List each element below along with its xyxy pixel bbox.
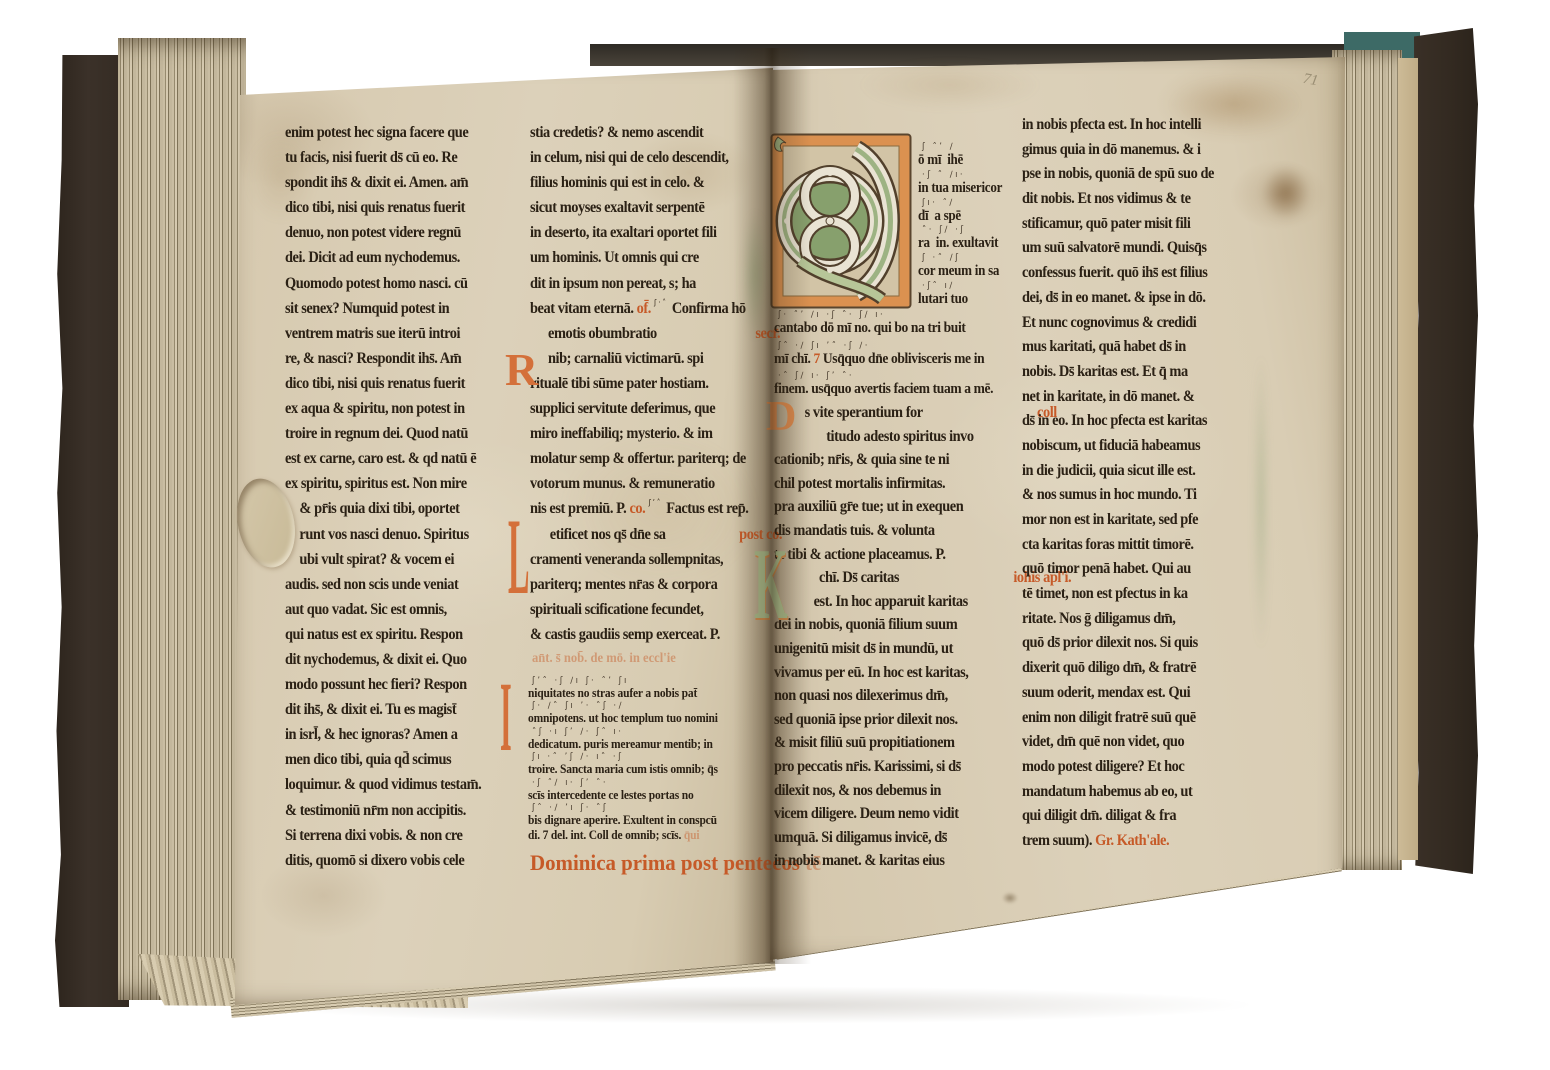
text-line: vivamus per eū. In hoc est karitas, bbox=[774, 664, 1026, 688]
text-line: in deserto, ita exaltari oportet fili bbox=[530, 224, 762, 249]
text-line: dico tibi, nisi quis renatus fuerit bbox=[285, 199, 521, 224]
text-line: cramenti veneranda sollempnitas, bbox=[530, 551, 762, 576]
text-line: qui natus est ex spiritu. Respon bbox=[285, 626, 521, 651]
text-line: dei. Dicit ad eum nychodemus. bbox=[285, 249, 521, 274]
text-segment: in celum, nisi qui de celo descendit, bbox=[530, 149, 729, 167]
text-line: ritate. Nos ḡ diligamus dm̄, bbox=[1022, 610, 1264, 635]
text-line: umquā. Si diligamus invicē, ds̄ bbox=[774, 829, 1026, 853]
text-line: trem suum). Gr. Kath'ale. bbox=[1022, 832, 1264, 857]
text-line: Et nunc cognovimus & credidi bbox=[1022, 314, 1264, 339]
text-segment: nobiscum, ut fiduciā habeamus bbox=[1022, 437, 1200, 455]
text-segment: etificet nos qs̄ dn̄e sa bbox=[550, 526, 669, 544]
text-segment: loquimur. & quod vidimus testam̄. bbox=[285, 776, 481, 794]
text-line: ·˄ ʃ∕ ı· ʃʼ ˄·finem. usq̄quo avertis fac… bbox=[774, 371, 1026, 402]
text-line: ds̄ in eo. In hoc pfecta est karitas bbox=[1022, 412, 1264, 437]
text-segment: ritualē tibi sūme pater hostiam. bbox=[530, 375, 709, 393]
left-page-column-2: stia credetis? & nemo ascenditin celum, … bbox=[530, 124, 762, 651]
text-segment: quō timor penā habet. Qui au bbox=[1022, 560, 1191, 578]
folio-number: 71 bbox=[1302, 71, 1320, 90]
text-segment: spirituali scificatione fecundet, bbox=[530, 601, 704, 619]
text-line: in nobis manet. & karitas eius bbox=[774, 852, 1026, 876]
text-segment: tē timet, non est pfectus in ka bbox=[1022, 585, 1188, 603]
text-segment: q̄ui bbox=[684, 828, 699, 843]
right-page-introit-chant-lines: ʃ· ˄ʼ ∕ı ·ʃ ˄· ʃ∕ ı·cantabo dō mī no. qu… bbox=[774, 310, 1026, 402]
text-line: etificet nos qs̄ dn̄e sa post co. bbox=[530, 526, 762, 551]
text-line: chī. Ds̄ caritas iohis apl'i. bbox=[774, 569, 1026, 593]
initial-I-orange: I bbox=[500, 666, 512, 766]
initial-R-orange: R bbox=[505, 347, 538, 393]
text-segment: videt, dm̄ quē non videt, quo bbox=[1022, 733, 1184, 751]
text-segment: net in karitate, in dō manet. & bbox=[1022, 388, 1194, 406]
text-segment: troire. Sancta maria cum istis omnib; q̄… bbox=[528, 762, 718, 777]
text-line: aut quo vadat. Sic est omnis, bbox=[285, 601, 521, 626]
text-segment: mandatum habemus ab eo, ut bbox=[1022, 783, 1192, 801]
text-line: ʃı· ˄∕dī a spē bbox=[918, 198, 1030, 226]
text-segment: stificamur, quō pater misit fili bbox=[1022, 215, 1190, 233]
text-line: est ex carne, caro est. & qd natū ē bbox=[285, 450, 521, 475]
text-line: Si terrena dixi vobis. & non cre bbox=[285, 827, 521, 852]
initial-L-orange: L bbox=[508, 505, 530, 614]
text-segment: ex aqua & spiritu, non potest in bbox=[285, 400, 465, 418]
text-line: ubi vult spirat? & vocem ei bbox=[285, 551, 521, 576]
left-page-faded-antiphon-rubric: an̄t. s̄ nob̄. de mō. in eccl'ie bbox=[532, 651, 766, 667]
text-segment: in die judicii, quia sicut ille est. bbox=[1022, 462, 1195, 480]
text-line: spondit ihs̄ & dixit ei. Amen. am̄ bbox=[285, 174, 521, 199]
text-segment: gimus quia in dō manemus. & i bbox=[1022, 141, 1201, 159]
text-segment: beat vitam eternā. bbox=[530, 300, 637, 318]
text-segment: supplici servitute deferimus, que bbox=[530, 400, 715, 418]
text-segment: ritate. Nos ḡ diligamus dm̄, bbox=[1022, 610, 1175, 628]
text-line: nis est premiū. P. co. ʃʼ˄ Factus est re… bbox=[530, 500, 762, 525]
text-segment: sicut moyses exaltavit serpentē bbox=[530, 199, 704, 217]
text-line: unigenitū misit ds̄ in mundū, ut bbox=[774, 640, 1026, 664]
text-segment: troire in regnum dei. Quod natū bbox=[285, 425, 468, 443]
text-line: nib; carnaliū victimarū. spi bbox=[530, 350, 762, 375]
text-segment: bis dignare aperire. Exultent in conspcū bbox=[528, 813, 717, 828]
text-segment: & pr̄is quia dixi tibi, oportet bbox=[299, 500, 459, 518]
text-line: vicem diligere. Deum nemo vidit bbox=[774, 805, 1026, 829]
text-line: confessus fuerit. quō ihs̄ est filius bbox=[1022, 264, 1264, 289]
text-segment: cta karitas foras mittit timorē. bbox=[1022, 536, 1194, 554]
text-segment: ra in. exultavit bbox=[918, 235, 998, 252]
text-segment: votorum munus. & remuneratio bbox=[530, 475, 715, 493]
text-line: dei, ds̄ in eo manet. & ipse in dō. bbox=[1022, 289, 1264, 314]
text-line: an̄t. s̄ nob̄. de mō. in eccl'ie bbox=[532, 651, 766, 667]
text-segment: ʃʼ˄ bbox=[648, 498, 666, 507]
text-segment: enim potest hec signa facere que bbox=[285, 124, 468, 142]
text-segment: dico tibi, nisi quis renatus fuerit bbox=[285, 199, 465, 217]
text-line: re, & nasci? Respondit ihs̄. Am̄ bbox=[285, 350, 521, 375]
text-segment: est. In hoc apparuit karitas bbox=[814, 593, 968, 611]
text-line: ventrem matris sue iterū introi bbox=[285, 325, 521, 350]
text-segment: pariterq; mentes nr̄as & corpora bbox=[530, 576, 717, 594]
text-segment: in isrl̄, & hec ignoras? Amen a bbox=[285, 726, 458, 744]
text-line: troire in regnum dei. Quod natū bbox=[285, 425, 521, 450]
text-segment: qui diligit dm̄. diligat & fra bbox=[1022, 807, 1176, 825]
text-line: beat vitam eternā. of̄. ʃ·˄ Confirma hō bbox=[530, 300, 762, 325]
text-line: ditis, quomō si dixero vobis cele bbox=[285, 852, 521, 877]
text-segment: scīs intercedente ce lestes portas no bbox=[528, 788, 694, 803]
text-segment: dei. Dicit ad eum nychodemus. bbox=[285, 249, 460, 267]
text-segment: tu facis, nisi fuerit ds̄ cū eo. Re bbox=[285, 149, 457, 167]
text-line: loquimur. & quod vidimus testam̄. bbox=[285, 776, 521, 801]
text-line: in die judicii, quia sicut ille est. bbox=[1022, 462, 1264, 487]
text-line: um hominis. Ut omnis qui cre bbox=[530, 249, 762, 274]
text-line: ex spiritu, spiritus est. Non mire bbox=[285, 475, 521, 500]
text-line: ex aqua & spiritu, non potest in bbox=[285, 400, 521, 425]
text-line: est. In hoc apparuit karitas bbox=[774, 593, 1026, 617]
text-segment: dit nobis. Et nos vidimus & te bbox=[1022, 190, 1191, 208]
text-segment: dixerit quō diligo dm̄, & fratrē bbox=[1022, 659, 1196, 677]
neume-marks: ʃ ˄ʼ ∕ bbox=[918, 142, 1030, 152]
text-line: emotis obumbratiosecr̄. bbox=[530, 325, 762, 350]
text-line: mus karitati, quā habet ds̄ in bbox=[1022, 338, 1264, 363]
text-segment: molatur semp & offertur. pariterq; de bbox=[530, 450, 746, 468]
text-segment: in tua misericor bbox=[918, 180, 1002, 197]
neume-marks: ·ʃ ˄ ∕ı· bbox=[918, 170, 1030, 180]
text-line: & misit filiū suū propitiationem bbox=[774, 734, 1026, 758]
text-segment: an̄t. s̄ nob̄. de mō. in eccl'ie bbox=[532, 651, 676, 667]
text-segment: spondit ihs̄ & dixit ei. Amen. am̄ bbox=[285, 174, 468, 192]
text-line: enim non diligit fratrē suū quē bbox=[1022, 709, 1264, 734]
text-line: dit nychodemus, & dixit ei. Quo bbox=[285, 651, 521, 676]
text-line: dit in ipsum non pereat, s; ha bbox=[530, 275, 762, 300]
text-line: dilexit nos, & nos debemus in bbox=[774, 782, 1026, 806]
text-line: men dico tibi, quia qd̄ scimus bbox=[285, 751, 521, 776]
text-segment: s vite sperantium for bbox=[805, 404, 926, 422]
text-segment: Quomodo potest homo nasci. cū bbox=[285, 275, 468, 293]
text-segment: ubi vult spirat? & vocem ei bbox=[299, 551, 454, 569]
text-line: s vite sperantium for coll bbox=[774, 404, 1026, 428]
neume-marks: ʃ ·˄ ∕ʃ bbox=[918, 253, 1030, 263]
right-cover-turn-in bbox=[1398, 58, 1418, 860]
text-segment: stia credetis? & nemo ascendit bbox=[530, 124, 703, 142]
text-segment: di. 7 del. int. Coll de omnib; scīs. bbox=[528, 828, 684, 843]
text-line: in isrl̄, & hec ignoras? Amen a bbox=[285, 726, 521, 751]
text-line: um suū salvatorē mundi. Quisq̄s bbox=[1022, 239, 1264, 264]
text-segment: dico tibi, nisi quis renatus fuerit bbox=[285, 375, 465, 393]
text-segment: modo possunt hec fieri? Respon bbox=[285, 676, 467, 694]
text-segment: dedicatum. puris mereamur mentib; in bbox=[528, 737, 713, 752]
text-segment: re, & nasci? Respondit ihs̄. Am̄ bbox=[285, 350, 461, 368]
text-segment: dit ihs̄, & dixit ei. Tu es magist̄ bbox=[285, 701, 456, 719]
text-segment: cramenti veneranda sollempnitas, bbox=[530, 551, 723, 569]
text-line: ʃ˄ ·∕ ʃı ʼ˄ ·ʃ ∕·mī chī. 7 Usq̄quo dn̄e … bbox=[774, 341, 1026, 372]
text-line: ritualē tibi sūme pater hostiam. bbox=[530, 375, 762, 400]
right-page-column-1: s vite sperantium for colltitudo adesto … bbox=[774, 404, 1026, 876]
text-segment: um suū salvatorē mundi. Quisq̄s bbox=[1022, 239, 1207, 257]
text-segment: aut quo vadat. Sic est omnis, bbox=[285, 601, 447, 619]
text-segment: modo potest diligere? Et hoc bbox=[1022, 758, 1184, 776]
text-line: dit ihs̄, & dixit ei. Tu es magist̄ bbox=[285, 701, 521, 726]
text-line: dico tibi, nisi quis renatus fuerit bbox=[285, 375, 521, 400]
text-segment: ditis, quomō si dixero vobis cele bbox=[285, 852, 464, 870]
text-line: ʃ ·˄ ∕ʃcor meum in sa bbox=[918, 253, 1030, 281]
text-segment: mor non est in karitate, sed pfe bbox=[1022, 511, 1198, 529]
text-line: votorum munus. & remuneratio bbox=[530, 475, 762, 500]
text-segment: & castis gaudiis semp exerceat. P. bbox=[530, 626, 720, 644]
text-line: non quasi nos dilexerimus dm̄, bbox=[774, 687, 1026, 711]
text-line: audis. sed non scis unde veniat bbox=[285, 576, 521, 601]
manuscript-photo: 71 enim potest hec signa facere quetu fa… bbox=[0, 0, 1550, 1070]
text-line: runt vos nasci denuo. Spiritus bbox=[285, 526, 521, 551]
text-line: stificamur, quō pater misit fili bbox=[1022, 215, 1264, 240]
text-line: & nos sumus in hoc mundo. Ti bbox=[1022, 486, 1264, 511]
text-segment: ō mī ihē bbox=[918, 152, 963, 169]
gutter-shadow bbox=[733, 48, 811, 964]
text-segment: dit in ipsum non pereat, s; ha bbox=[530, 275, 696, 293]
text-line: quō ds̄ prior dilexit nos. Si quis bbox=[1022, 634, 1264, 659]
text-line: & pr̄is quia dixi tibi, oportet bbox=[285, 500, 521, 525]
text-line: miro ineffabiliq; mysterio. & im bbox=[530, 425, 762, 450]
text-segment: nib; carnaliū victimarū. spi bbox=[548, 350, 703, 368]
neume-marks: ·ʃ˄ ı∕ bbox=[918, 281, 1030, 291]
text-line: ʃ· ˄ʼ ∕ı ·ʃ ˄· ʃ∕ ı·cantabo dō mī no. qu… bbox=[774, 310, 1026, 341]
text-line: enim potest hec signa facere que bbox=[285, 124, 521, 149]
right-page-introit-beside-initial: ʃ ˄ʼ ∕ō mī ihē·ʃ ˄ ∕ı·in tua misericorʃı… bbox=[918, 142, 1030, 309]
text-segment: 7 bbox=[814, 351, 823, 368]
text-segment: dit nychodemus, & dixit ei. Quo bbox=[285, 651, 467, 669]
text-line: dixerit quō diligo dm̄, & fratrē bbox=[1022, 659, 1264, 684]
text-line: Quomodo potest homo nasci. cū bbox=[285, 275, 521, 300]
text-line: ʃ ˄ʼ ∕ō mī ihē bbox=[918, 142, 1030, 170]
text-line: te tibi & actione placeamus. P. bbox=[774, 546, 1026, 570]
text-line: pro peccatis nr̄is. Karissimi, si ds̄ bbox=[774, 758, 1026, 782]
text-segment: chī. Ds̄ caritas bbox=[819, 569, 902, 587]
text-line: nobis. Ds̄ karitas est. Et q̄ ma bbox=[1022, 363, 1264, 388]
text-segment: Usq̄quo dn̄e oblivisceris me in bbox=[823, 351, 984, 368]
text-line: ·ʃ˄ ı∕lutari tuo bbox=[918, 281, 1030, 309]
text-segment: trem suum). bbox=[1022, 832, 1095, 850]
text-line: spirituali scificatione fecundet, bbox=[530, 601, 762, 626]
text-line: tē timet, non est pfectus in ka bbox=[1022, 585, 1264, 610]
text-line: tu facis, nisi fuerit ds̄ cū eo. Re bbox=[285, 149, 521, 174]
text-line: sit senex? Numquid potest in bbox=[285, 300, 521, 325]
text-segment: in deserto, ita exaltari oportet fili bbox=[530, 224, 716, 242]
text-segment: in nobis pfecta est. In hoc intelli bbox=[1022, 116, 1201, 134]
text-segment: ds̄ in eo. In hoc pfecta est karitas bbox=[1022, 412, 1207, 430]
text-segment: nis est premiū. P. bbox=[530, 500, 629, 518]
text-segment: titudo adesto spiritus invo bbox=[826, 428, 973, 446]
text-segment: lutari tuo bbox=[918, 291, 968, 308]
text-line: cta karitas foras mittit timorē. bbox=[1022, 536, 1264, 561]
right-page-column-2: in nobis pfecta est. In hoc intelligimus… bbox=[1022, 116, 1264, 857]
text-segment: omnipotens. ut hoc templum tuo nomini bbox=[528, 711, 718, 726]
text-line: qui diligit dm̄. diligat & fra bbox=[1022, 807, 1264, 832]
text-line: denuo, non potest videre regnū bbox=[285, 224, 521, 249]
text-line: mandatum habemus ab eo, ut bbox=[1022, 783, 1264, 808]
left-page-column-1: enim potest hec signa facere quetu facis… bbox=[285, 124, 521, 877]
text-segment: enim non diligit fratrē suū quē bbox=[1022, 709, 1196, 727]
text-line: ·ʃ ˄ ∕ı·in tua misericor bbox=[918, 170, 1030, 198]
text-line: titudo adesto spiritus invo bbox=[774, 428, 1026, 452]
text-segment: filius hominis qui est in celo. & bbox=[530, 174, 704, 192]
text-line: videt, dm̄ quē non videt, quo bbox=[1022, 733, 1264, 758]
text-segment: & testimoniū nr̄m non accipitis. bbox=[285, 802, 466, 820]
text-segment: men dico tibi, quia qd̄ scimus bbox=[285, 751, 451, 769]
text-line: mor non est in karitate, sed pfe bbox=[1022, 511, 1264, 536]
text-line: filius hominis qui est in celo. & bbox=[530, 174, 762, 199]
text-line: chil potest mortalis infirmitas. bbox=[774, 475, 1026, 499]
text-segment: ventrem matris sue iterū introi bbox=[285, 325, 460, 343]
text-segment: sit senex? Numquid potest in bbox=[285, 300, 449, 318]
text-line: supplici servitute deferimus, que bbox=[530, 400, 762, 425]
text-segment: denuo, non potest videre regnū bbox=[285, 224, 461, 242]
text-segment: confessus fuerit. quō ihs̄ est filius bbox=[1022, 264, 1207, 282]
text-segment: quō ds̄ prior dilexit nos. Si quis bbox=[1022, 634, 1198, 652]
text-segment: dei, ds̄ in eo manet. & ipse in dō. bbox=[1022, 289, 1206, 307]
text-segment: est ex carne, caro est. & qd natū ē bbox=[285, 450, 476, 468]
text-line: in nobis pfecta est. In hoc intelli bbox=[1022, 116, 1264, 141]
text-segment: um hominis. Ut omnis qui cre bbox=[530, 249, 699, 267]
text-segment: emotis obumbratio bbox=[548, 325, 657, 343]
text-segment: cor meum in sa bbox=[918, 263, 999, 280]
neume-marks: ʃ˄ ·∕ ʃı ʼ˄ ·ʃ ∕· bbox=[774, 341, 1026, 351]
text-segment: niquitates no stras aufer a nobis pat̄ bbox=[528, 686, 697, 701]
text-line: ˄· ʃ∕ ·ʃra in. exultavit bbox=[918, 225, 1030, 253]
text-line: nobiscum, ut fiduciā habeamus bbox=[1022, 437, 1264, 462]
text-line: cationib; nr̄is, & quia sine te ni bbox=[774, 451, 1026, 475]
neume-marks: ʃ· ˄ʼ ∕ı ·ʃ ˄· ʃ∕ ı· bbox=[774, 310, 1026, 320]
text-line: quō timor penā habet. Qui au bbox=[1022, 560, 1264, 585]
text-line: suum oderit, mendax est. Qui bbox=[1022, 684, 1264, 709]
text-segment: nobis. Ds̄ karitas est. Et q̄ ma bbox=[1022, 363, 1188, 381]
text-line: & castis gaudiis semp exerceat. P. bbox=[530, 626, 762, 651]
text-line: & testimoniū nr̄m non accipitis. bbox=[285, 802, 521, 827]
text-segment: Gr. Kath'ale. bbox=[1095, 832, 1169, 850]
text-line: dei in nobis, quoniā filium suum bbox=[774, 616, 1026, 640]
text-segment: ex spiritu, spiritus est. Non mire bbox=[285, 475, 467, 493]
right-leather-cover bbox=[1414, 28, 1478, 874]
text-line: pariterq; mentes nr̄as & corpora bbox=[530, 576, 762, 601]
text-line: sed quoniā ipse prior dilexit nos. bbox=[774, 711, 1026, 735]
text-line: gimus quia in dō manemus. & i bbox=[1022, 141, 1264, 166]
neume-marks: ʃı· ˄∕ bbox=[918, 198, 1030, 208]
text-segment: dī a spē bbox=[918, 208, 961, 225]
text-segment: ʃ·˄ bbox=[654, 298, 672, 307]
text-segment: Si terrena dixi vobis. & non cre bbox=[285, 827, 462, 845]
text-line: stia credetis? & nemo ascendit bbox=[530, 124, 762, 149]
text-segment: Et nunc cognovimus & credidi bbox=[1022, 314, 1196, 332]
text-line: sicut moyses exaltavit serpentē bbox=[530, 199, 762, 224]
text-segment: & nos sumus in hoc mundo. Ti bbox=[1022, 486, 1197, 504]
text-line: in celum, nisi qui de celo descendit, bbox=[530, 149, 762, 174]
text-line: pra auxiliū gr̄e tue; ut in exequen bbox=[774, 498, 1026, 522]
text-segment: audis. sed non scis unde veniat bbox=[285, 576, 458, 594]
text-line: dis mandatis tuis. & volunta bbox=[774, 522, 1026, 546]
text-segment: miro ineffabiliq; mysterio. & im bbox=[530, 425, 713, 443]
text-segment: suum oderit, mendax est. Qui bbox=[1022, 684, 1190, 702]
text-segment: pse in nobis, quoniā de spū suo de bbox=[1022, 165, 1214, 183]
text-line: pse in nobis, quoniā de spū suo de bbox=[1022, 165, 1264, 190]
text-line: dit nobis. Et nos vidimus & te bbox=[1022, 190, 1264, 215]
neume-marks: ·˄ ʃ∕ ı· ʃʼ ˄· bbox=[774, 371, 1026, 381]
text-segment: co. bbox=[629, 500, 648, 518]
text-line: molatur semp & offertur. pariterq; de bbox=[530, 450, 762, 475]
text-line: modo possunt hec fieri? Respon bbox=[285, 676, 521, 701]
text-segment: of̄. bbox=[637, 300, 654, 318]
text-segment: mus karitati, quā habet ds̄ in bbox=[1022, 338, 1186, 356]
left-page-edges bbox=[118, 38, 246, 1000]
text-segment: qui natus est ex spiritu. Respon bbox=[285, 626, 463, 644]
text-line: net in karitate, in dō manet. & bbox=[1022, 388, 1264, 413]
text-segment: runt vos nasci denuo. Spiritus bbox=[299, 526, 468, 544]
neume-marks: ˄· ʃ∕ ·ʃ bbox=[918, 225, 1030, 235]
text-line: modo potest diligere? Et hoc bbox=[1022, 758, 1264, 783]
